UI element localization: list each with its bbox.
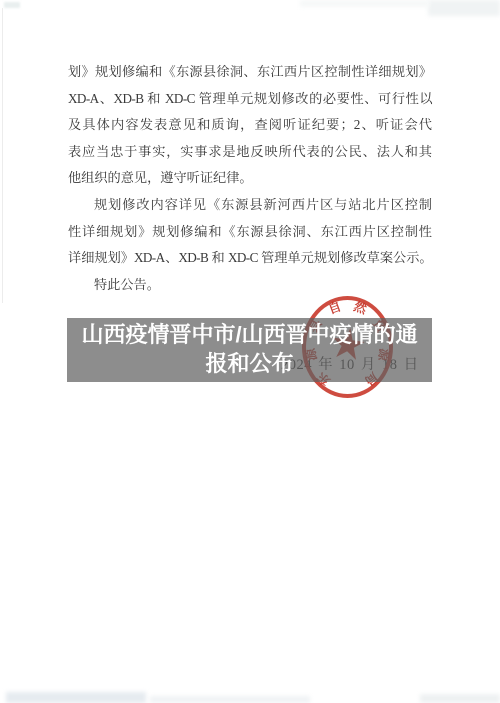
- document-text-line: 规划修改内容详见《东源县新河西片区与站北片区控制: [68, 192, 432, 219]
- overlay-title: 山西疫情晋中市/山西晋中疫情的通报和公布: [67, 320, 432, 378]
- scanned-notice-page: 划》规划修编和《东源县徐洞、东江西片区控制性详细规划》XD-A、XD-B 和 X…: [0, 0, 500, 703]
- document-text-line: 性详细规划》规划修编和《东源县徐洞、东江西片区控制性: [68, 219, 432, 246]
- scan-edge-line-left: [2, 8, 3, 303]
- document-text-line: 他组织的意见，遵守听证纪律。: [68, 165, 432, 192]
- document-text-line: 特此公告。: [68, 272, 432, 299]
- scan-smudge-top-mid: [300, 0, 430, 7]
- scan-smudge-bottom-left: [6, 692, 146, 703]
- document-text-line: 及具体内容发表意见和质询，查阅听证纪要；2、听证会代: [68, 112, 432, 139]
- document-text-line: 详细规划》XD-A、XD-B 和 XD-C 管理单元规划修改草案公示。: [68, 245, 432, 272]
- overlay-title-line: 山西疫情晋中市/山西晋中疫情的通: [67, 320, 432, 349]
- document-body-text: 划》规划修编和《东源县徐洞、东江西片区控制性详细规划》XD-A、XD-B 和 X…: [68, 59, 432, 298]
- scan-smudge-top-left: [4, 2, 20, 8]
- scan-smudge-top-right: [428, 0, 500, 16]
- scan-smudge-bottom-mid: [150, 696, 310, 703]
- overlay-title-line: 报和公布: [67, 349, 432, 378]
- title-overlay-banner: 山西疫情晋中市/山西晋中疫情的通报和公布: [67, 318, 432, 382]
- document-text-line: 表应当忠于事实，实事求是地反映所代表的公民、法人和其: [68, 139, 432, 166]
- document-text-line: 划》规划修编和《东源县徐洞、东江西片区控制性详细规划》: [68, 59, 432, 86]
- scan-smudge-bottom-right: [420, 694, 500, 703]
- document-text-line: XD-A、XD-B 和 XD-C 管理单元规划修改的必要性、可行性以: [68, 86, 432, 113]
